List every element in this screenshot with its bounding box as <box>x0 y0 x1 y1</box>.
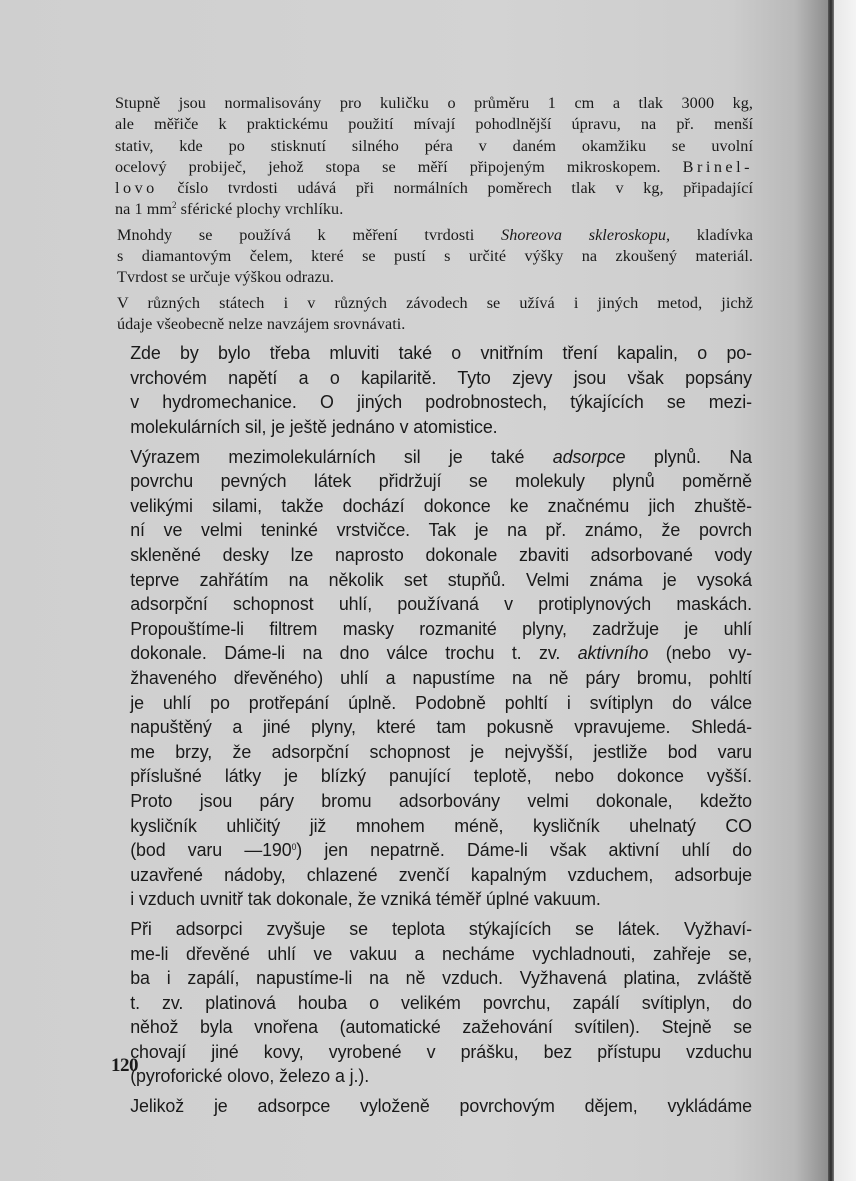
text-fragment: sférické plochy vrchlíku. <box>181 200 344 218</box>
text-line: na 1 mm2 sférické plochy vrchlíku. <box>111 199 753 220</box>
paragraph-continuation: Jelikož je adsorpce vyloženě povrchovým … <box>111 1094 752 1119</box>
text-fragment: (nebo vy- <box>666 642 752 663</box>
text-line: t. zv. platinová houba o velikém povrchu… <box>111 991 752 1016</box>
text-fragment: Mnohdy se používá k měření tvrdosti <box>117 226 474 244</box>
text-fragment: dokonale. Dáme-li na dno válce trochu t.… <box>130 642 560 663</box>
text-line: údaje všeobecně nelze navzájem srovnávat… <box>111 314 753 335</box>
text-line: Propouštíme-li filtrem masky rozmanité p… <box>111 617 752 642</box>
adjacent-page-edge <box>834 0 856 1181</box>
text-line: (pyroforické olovo, železo a j.). <box>111 1064 752 1089</box>
paragraph-adsorption: Výrazem mezimolekulárních sil je také ad… <box>111 445 752 912</box>
text-line: chovají jiné kovy, vyrobené v prášku, be… <box>111 1040 752 1065</box>
text-line: vrchovém napětí a o kapilaritě. Tyto zje… <box>111 366 752 391</box>
text-line: Mnohdy se používá k měření tvrdosti Shor… <box>111 225 753 246</box>
page-body: Stupně jsou normalisovány pro kuličku o … <box>111 93 753 1119</box>
page-number: 120 <box>111 1055 138 1077</box>
main-text-section: Zde by bylo třeba mluviti také o vnitřní… <box>111 341 753 1118</box>
text-line: me brzy, že adsorpční schopnost je nejvy… <box>111 740 752 765</box>
spaced-term: lovo <box>115 179 158 197</box>
text-line: (bod varu —1900) jen nepatrně. Dáme-li v… <box>111 838 752 863</box>
text-line: teprve zahřátím na několik set stupňů. V… <box>111 568 752 593</box>
text-line: me-li dřevěné uhlí ve vakuu a necháme vy… <box>111 942 752 967</box>
text-line: ale měřiče k praktickému použití mívají … <box>111 114 753 135</box>
spaced-term: Brinel- <box>683 158 753 176</box>
text-fragment: plynů. Na <box>654 446 752 467</box>
text-line: V různých státech i v různých závodech s… <box>111 293 753 314</box>
text-line: molekulárních sil, je ještě jednáno v at… <box>111 415 752 440</box>
paragraph-internal-friction: Zde by bylo třeba mluviti také o vnitřní… <box>111 341 752 439</box>
text-line: Výrazem mezimolekulárních sil je také ad… <box>111 445 752 470</box>
text-fragment: na 1 mm <box>115 200 172 218</box>
text-line: Tvrdost se určuje výškou odrazu. <box>111 267 753 288</box>
text-line: v hydromechanice. O jiných podrobnostech… <box>111 390 752 415</box>
text-line: adsorpční schopnost uhlí, používaná v pr… <box>111 592 752 617</box>
italic-term: adsorpce <box>553 446 626 467</box>
small-print-section: Stupně jsou normalisovány pro kuličku o … <box>111 93 753 335</box>
text-line: Zde by bylo třeba mluviti také o vnitřní… <box>111 341 752 366</box>
text-line: povrchu pevných látek přidržují se molek… <box>111 469 752 494</box>
text-line: Proto jsou páry bromu adsorbovány velmi … <box>111 789 752 814</box>
paragraph-brinell: Stupně jsou normalisovány pro kuličku o … <box>111 93 753 221</box>
book-page: Stupně jsou normalisovány pro kuličku o … <box>0 0 828 1181</box>
text-fragment: ) jen nepatrně. Dáme-li však aktivní uhl… <box>296 839 752 860</box>
text-line: velikými silami, takže dochází dokonce k… <box>111 494 752 519</box>
text-line: skleněné desky lze naprosto dokonale zba… <box>111 543 752 568</box>
text-line: žhaveného dřevěného) uhlí a napustíme na… <box>111 666 752 691</box>
text-line: lovo číslo tvrdosti udává při normálních… <box>111 178 753 199</box>
text-line: uzavřené nádoby, chlazené zvenčí kapalný… <box>111 863 752 888</box>
text-line: ní ve velmi teninké vrstvičce. Tak je na… <box>111 518 752 543</box>
text-line: něhož byla vnořena (automatické zažehová… <box>111 1015 752 1040</box>
text-line: ba i zapálí, napustíme-li na ně vzduch. … <box>111 966 752 991</box>
text-fragment: kladívka <box>697 226 753 244</box>
text-fragment: (bod varu —190 <box>130 839 291 860</box>
italic-term: aktivního <box>578 642 649 663</box>
text-line: je uhlí po protřepání úplně. Podobně poh… <box>111 691 752 716</box>
text-line: ocelový probiječ, jehož stopa se měří př… <box>111 157 753 178</box>
text-line: příslušné látky je blízký panující teplo… <box>111 764 752 789</box>
paragraph-methods: V různých státech i v různých závodech s… <box>111 293 753 336</box>
paragraph-heat-of-adsorption: Při adsorpci zvyšuje se teplota stýkajíc… <box>111 917 752 1089</box>
text-line: dokonale. Dáme-li na dno válce trochu t.… <box>111 641 752 666</box>
text-line: stativ, kde po stisknutí silného péra v … <box>111 136 753 157</box>
text-line: kysličník uhličitý již mnohem méně, kysl… <box>111 814 752 839</box>
text-line: i vzduch uvnitř tak dokonale, že vzniká … <box>111 887 752 912</box>
text-line: Stupně jsou normalisovány pro kuličku o … <box>111 93 753 114</box>
superscript: 2 <box>172 200 177 210</box>
text-fragment: ocelový probiječ, jehož stopa se měří př… <box>115 158 661 176</box>
text-line: s diamantovým čelem, které se pustí s ur… <box>111 246 753 267</box>
text-line: Jelikož je adsorpce vyloženě povrchovým … <box>111 1094 752 1119</box>
text-fragment: Výrazem mezimolekulárních sil je také <box>130 446 524 467</box>
text-line: napuštěný a jiné plyny, které tam pokusn… <box>111 715 752 740</box>
text-fragment: číslo tvrdosti udává při normálních pomě… <box>177 179 753 197</box>
text-line: Při adsorpci zvyšuje se teplota stýkajíc… <box>111 917 752 942</box>
italic-term: Shoreova skleroskopu, <box>501 226 670 244</box>
paragraph-shore: Mnohdy se používá k měření tvrdosti Shor… <box>111 225 753 289</box>
